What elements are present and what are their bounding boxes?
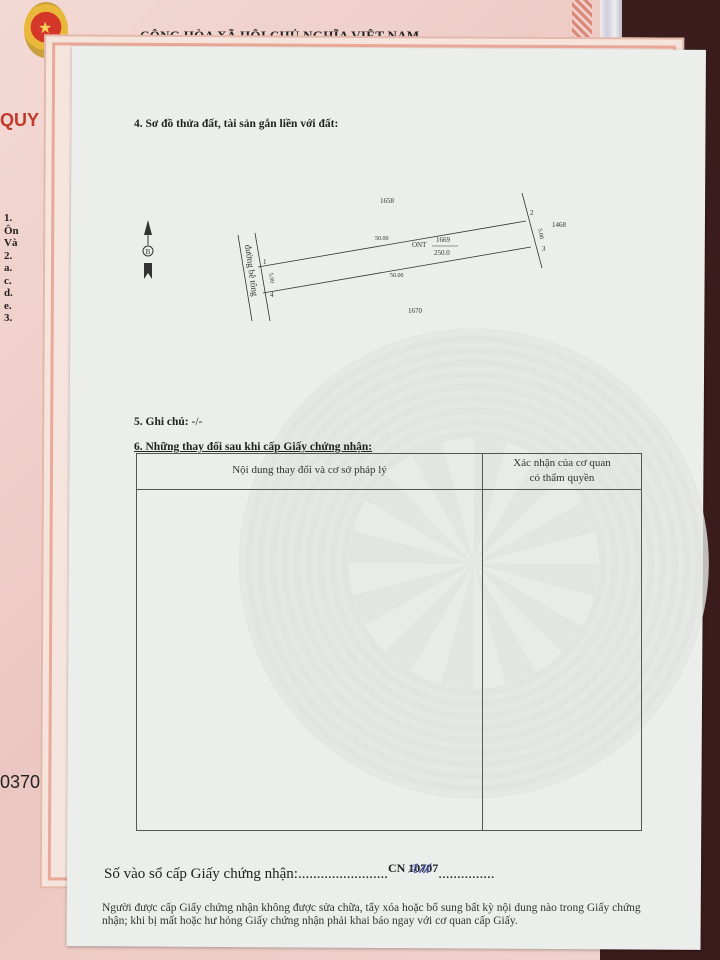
header-line: có thẩm quyền <box>483 471 641 486</box>
section-6-title: 6. Những thay đổi sau khi cấp Giấy chứng… <box>134 441 372 453</box>
svg-text:250.0: 250.0 <box>434 249 450 257</box>
dots: ........................ <box>298 866 388 882</box>
svg-text:ONT: ONT <box>412 241 427 249</box>
note-value: -/- <box>192 416 203 428</box>
section-4-title: 4. Sơ đồ thửa đất, tài sản gắn liền với … <box>134 118 338 130</box>
column-header-confirmation: Xác nhận của cơ quan có thẩm quyền <box>483 456 641 486</box>
svg-text:1669: 1669 <box>436 236 451 244</box>
svg-text:1: 1 <box>263 258 267 266</box>
document-content: 4. Sơ đồ thửa đất, tài sản gắn liền với … <box>0 0 720 960</box>
section-5: 5. Ghi chú: -/- <box>134 416 202 428</box>
changes-table: Nội dung thay đổi và cơ sở pháp lý Xác n… <box>136 453 642 831</box>
header-line: Xác nhận của cơ quan <box>483 456 641 471</box>
registry-number-line: Số vào sổ cấp Giấy chứng nhận:..........… <box>104 866 495 883</box>
section-5-title: 5. Ghi chú: <box>134 416 189 428</box>
svg-text:5.00: 5.00 <box>267 272 274 283</box>
registry-label: Số vào sổ cấp Giấy chứng nhận: <box>104 866 298 882</box>
svg-text:B: B <box>146 248 151 256</box>
plot-diagram: B đường bê tông 1658 1670 1468 1 2 3 4 5… <box>130 185 570 325</box>
svg-text:5.00: 5.00 <box>536 228 544 240</box>
svg-text:đường bê tông: đường bê tông <box>243 244 260 298</box>
svg-text:4: 4 <box>270 291 274 299</box>
signature-icon: ⁄ℓ𝓉𝓀 <box>410 862 430 878</box>
north-arrow-icon: B <box>143 220 153 279</box>
svg-text:50.00: 50.00 <box>390 273 404 279</box>
column-header-content: Nội dung thay đổi và cơ sở pháp lý <box>137 464 482 476</box>
svg-text:1670: 1670 <box>408 307 423 315</box>
notice-text: Người được cấp Giấy chứng nhận không đượ… <box>102 902 642 928</box>
svg-text:50.00: 50.00 <box>375 236 389 242</box>
svg-text:3: 3 <box>542 245 546 253</box>
svg-text:2: 2 <box>530 209 534 217</box>
dots: ............... <box>438 866 494 882</box>
svg-text:1468: 1468 <box>552 221 567 229</box>
svg-text:1658: 1658 <box>380 197 395 205</box>
